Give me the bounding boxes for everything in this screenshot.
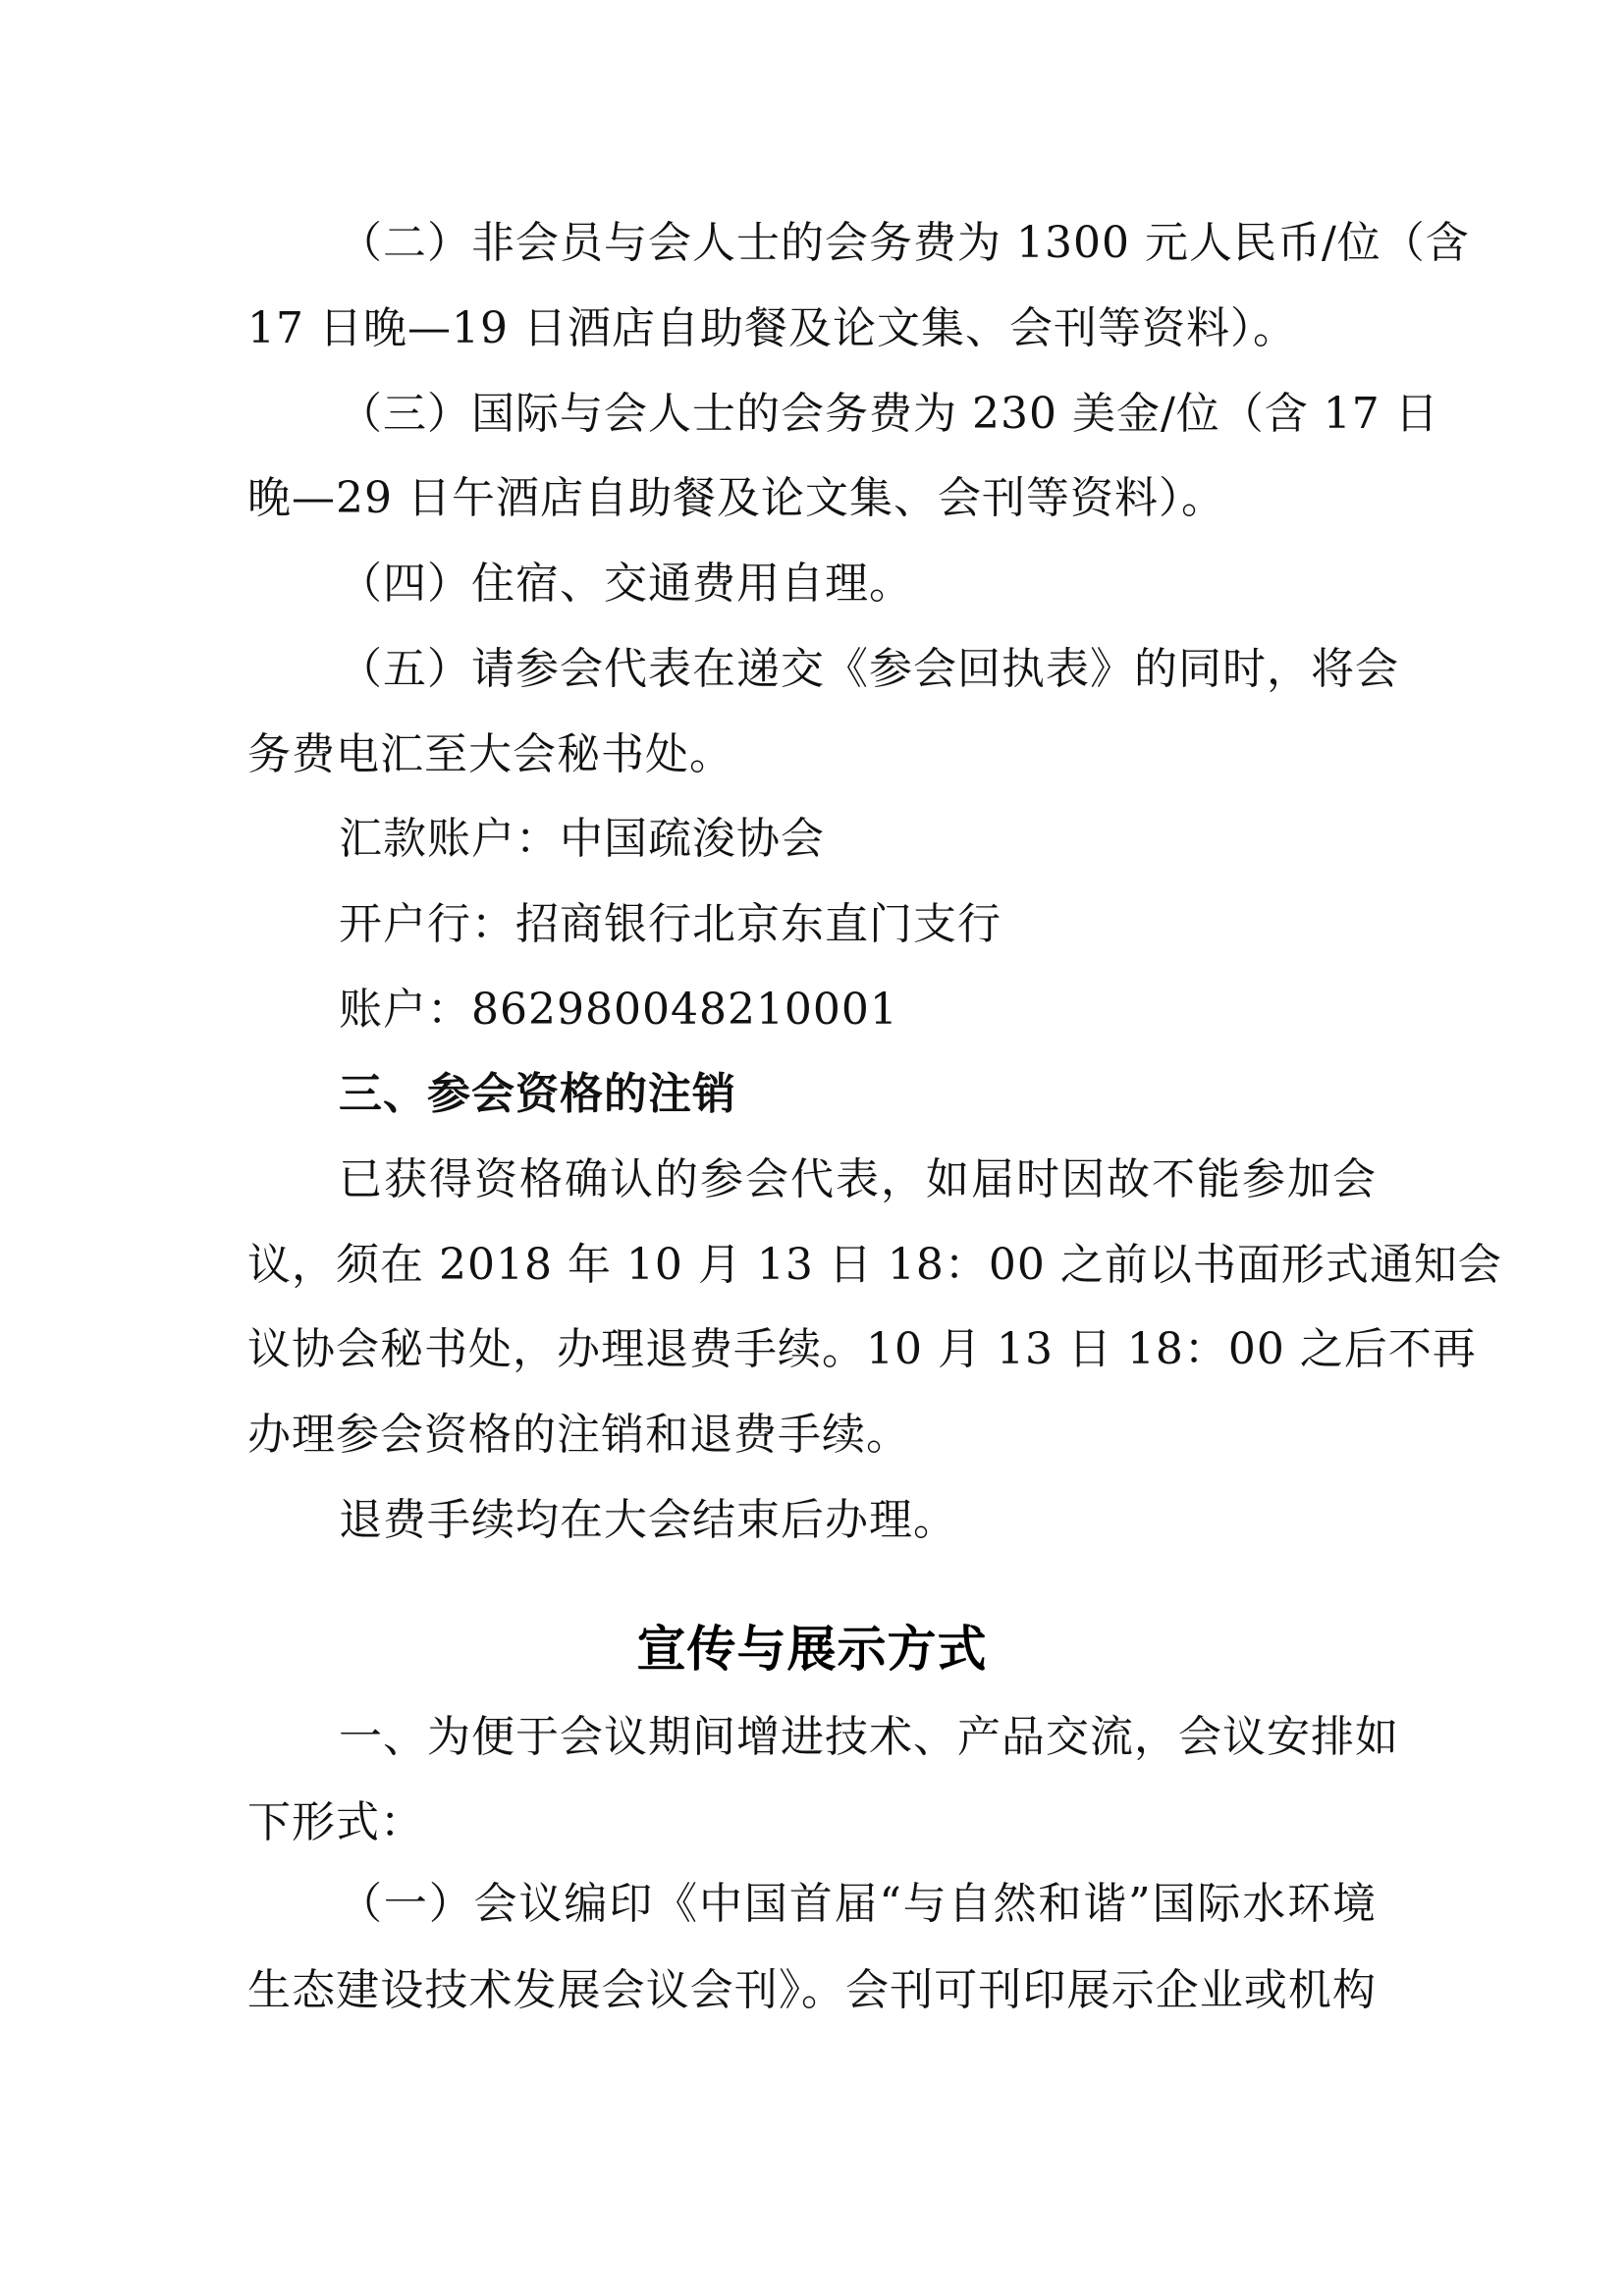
- fee-item-5-line-1: （五）请参会代表在递交《参会回执表》的同时，将会: [339, 640, 1377, 699]
- fee-item-3-line-1: （三）国际与会人士的会务费为 230 美金/位（含 17 日: [339, 385, 1377, 444]
- cancellation-para-1-line-1: 已获得资格确认的参会代表，如届时因故不能参加会: [339, 1150, 1377, 1209]
- bank-name: 开户行：招商银行北京东直门支行: [339, 895, 1377, 954]
- promotion-para-1-line-2: 下形式：: [247, 1793, 1377, 1852]
- fee-item-3-line-2: 晚—29 日午酒店自助餐及论文集、会刊等资料）。: [247, 469, 1377, 528]
- promotion-para-1-line-1: 一、为便于会议期间增进技术、产品交流，会议安排如: [339, 1708, 1377, 1767]
- cancellation-para-2-line-1: 退费手续均在大会结束后办理。: [339, 1491, 1377, 1550]
- fee-item-5-line-2: 务费电汇至大会秘书处。: [247, 725, 1377, 784]
- fee-item-2-line-1: （二）非会员与会人士的会务费为 1300 元人民币/位（含: [339, 214, 1377, 273]
- fee-item-2-line-2: 17 日晚—19 日酒店自助餐及论文集、会刊等资料）。: [247, 299, 1377, 358]
- fee-item-4-line-1: （四）住宿、交通费用自理。: [339, 555, 1377, 614]
- promotion-para-2-line-1: （一）会议编印《中国首届“与自然和谐”国际水环境: [339, 1875, 1377, 1934]
- cancellation-para-1-line-2: 议，须在 2018 年 10 月 13 日 18：00 之前以书面形式通知会: [247, 1236, 1377, 1295]
- promotion-para-2-line-2: 生态建设技术发展会议会刊》。会刊可刊印展示企业或机构: [247, 1961, 1377, 2020]
- cancellation-heading: 三、参会资格的注销: [339, 1065, 1377, 1124]
- bank-account-name: 汇款账户：中国疏浚协会: [339, 810, 1377, 869]
- cancellation-para-1-line-4: 办理参会资格的注销和退费手续。: [247, 1406, 1377, 1465]
- bank-account-number: 账户：862980048210001: [339, 981, 1377, 1040]
- document-page: （二）非会员与会人士的会务费为 1300 元人民币/位（含 17 日晚—19 日…: [0, 0, 1624, 2296]
- promotion-section-title: 宣传与展示方式: [0, 1618, 1624, 1681]
- cancellation-para-1-line-3: 议协会秘书处，办理退费手续。10 月 13 日 18：00 之后不再: [247, 1320, 1377, 1379]
